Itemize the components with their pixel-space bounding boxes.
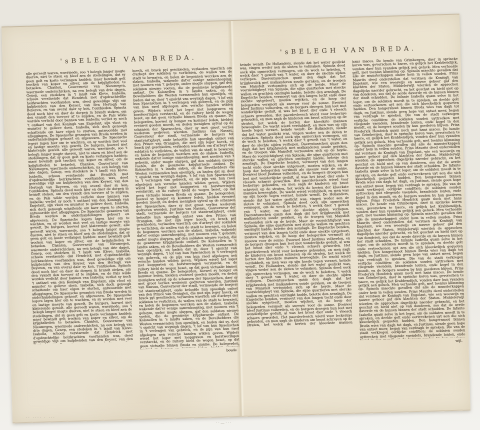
pencil-annotation-left: ·· ···· · ··· bbox=[26, 415, 56, 420]
page-header-right: 'sBELEGH VAN BREDA. bbox=[239, 44, 457, 58]
text-column-4: hans maces. De bende van Grimbergen, dae… bbox=[352, 57, 465, 340]
text-column-3: heinde wendt. De Hollanders, siende dat … bbox=[240, 60, 353, 327]
text-column-1: alle gereedt waren, waermede, soo 't bel… bbox=[26, 70, 133, 345]
page-header-left: 'sBELEGH VAN BREDA. bbox=[25, 53, 231, 66]
left-page: 'sBELEGH VAN BREDA. alle gereedt waren, … bbox=[2, 21, 242, 422]
scan-background: 'sBELEGH VAN BREDA. alle gereedt waren, … bbox=[0, 0, 480, 430]
pencil-annotation-center: ··—··· bbox=[216, 420, 232, 425]
right-page: 'sBELEGH VAN BREDA. heinde wendt. De Hol… bbox=[230, 15, 470, 416]
text-column-2: hoeck, en brack pyl geschieden, verlaede… bbox=[132, 67, 239, 350]
book-sheet: 'sBELEGH VAN BREDA. alle gereedt waren, … bbox=[2, 14, 471, 424]
